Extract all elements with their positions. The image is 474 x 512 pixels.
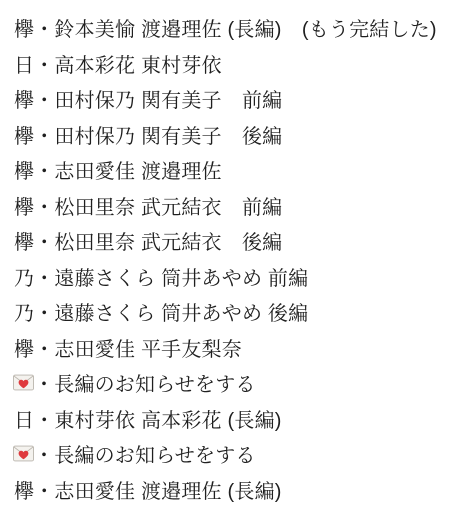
line-text: ・田村保乃 関有美子 後編: [34, 120, 282, 149]
list-item: 日 ・東村芽依 高本彩花 (長編): [14, 401, 468, 437]
group-prefix: 欅: [14, 84, 34, 113]
group-prefix: 日: [14, 49, 34, 78]
line-text: ・松田里奈 武元結衣 後編: [34, 226, 282, 255]
list-item: ・長編のお知らせをする: [14, 436, 468, 472]
group-prefix: 欅: [14, 226, 34, 255]
list-item: 欅 ・松田里奈 武元結衣 前編: [14, 188, 468, 224]
group-prefix: 欅: [14, 120, 34, 149]
line-text: ・長編のお知らせをする: [34, 439, 256, 468]
group-prefix: 欅: [14, 475, 34, 504]
line-text: ・高本彩花 東村芽依: [34, 49, 222, 78]
list-item: 日 ・高本彩花 東村芽依: [14, 46, 468, 82]
list-item: 欅 ・鈴本美愉 渡邉理佐 (長編) (もう完結した): [14, 10, 468, 46]
list-item: ・長編のお知らせをする: [14, 365, 468, 401]
list-item: 乃 ・遠藤さくら 筒井あやめ 前編: [14, 259, 468, 295]
group-prefix: 乃: [14, 262, 34, 291]
line-text: ・遠藤さくら 筒井あやめ 後編: [34, 297, 308, 326]
note-list: 欅 ・鈴本美愉 渡邉理佐 (長編) (もう完結した) 日 ・高本彩花 東村芽依 …: [0, 0, 474, 507]
line-text: ・志田愛佳 平手友梨奈: [34, 333, 242, 362]
group-prefix: 欅: [14, 333, 34, 362]
list-item: 欅 ・田村保乃 関有美子 前編: [14, 81, 468, 117]
group-prefix: 欅: [14, 13, 34, 42]
line-text: ・田村保乃 関有美子 前編: [34, 84, 282, 113]
list-item: 欅 ・志田愛佳 平手友梨奈: [14, 330, 468, 366]
list-item: 欅 ・志田愛佳 渡邉理佐 (長編): [14, 472, 468, 508]
line-text: ・鈴本美愉 渡邉理佐 (長編) (もう完結した): [34, 13, 437, 42]
memo-screen: 欅 ・鈴本美愉 渡邉理佐 (長編) (もう完結した) 日 ・高本彩花 東村芽依 …: [0, 0, 474, 512]
line-text: ・志田愛佳 渡邉理佐: [34, 155, 222, 184]
list-item: 欅 ・松田里奈 武元結衣 後編: [14, 223, 468, 259]
love-letter-icon: [14, 445, 34, 462]
line-text: ・松田里奈 武元結衣 前編: [34, 191, 282, 220]
group-prefix: 乃: [14, 297, 34, 326]
group-prefix: 欅: [14, 191, 34, 220]
list-item: 乃 ・遠藤さくら 筒井あやめ 後編: [14, 294, 468, 330]
group-prefix: 欅: [14, 155, 34, 184]
love-letter-icon: [14, 374, 34, 391]
line-text: ・遠藤さくら 筒井あやめ 前編: [34, 262, 308, 291]
line-text: ・東村芽依 高本彩花 (長編): [34, 404, 281, 433]
group-prefix: 日: [14, 404, 34, 433]
line-text: ・長編のお知らせをする: [34, 368, 256, 397]
list-item: 欅 ・志田愛佳 渡邉理佐: [14, 152, 468, 188]
line-text: ・志田愛佳 渡邉理佐 (長編): [34, 475, 281, 504]
list-item: 欅 ・田村保乃 関有美子 後編: [14, 117, 468, 153]
